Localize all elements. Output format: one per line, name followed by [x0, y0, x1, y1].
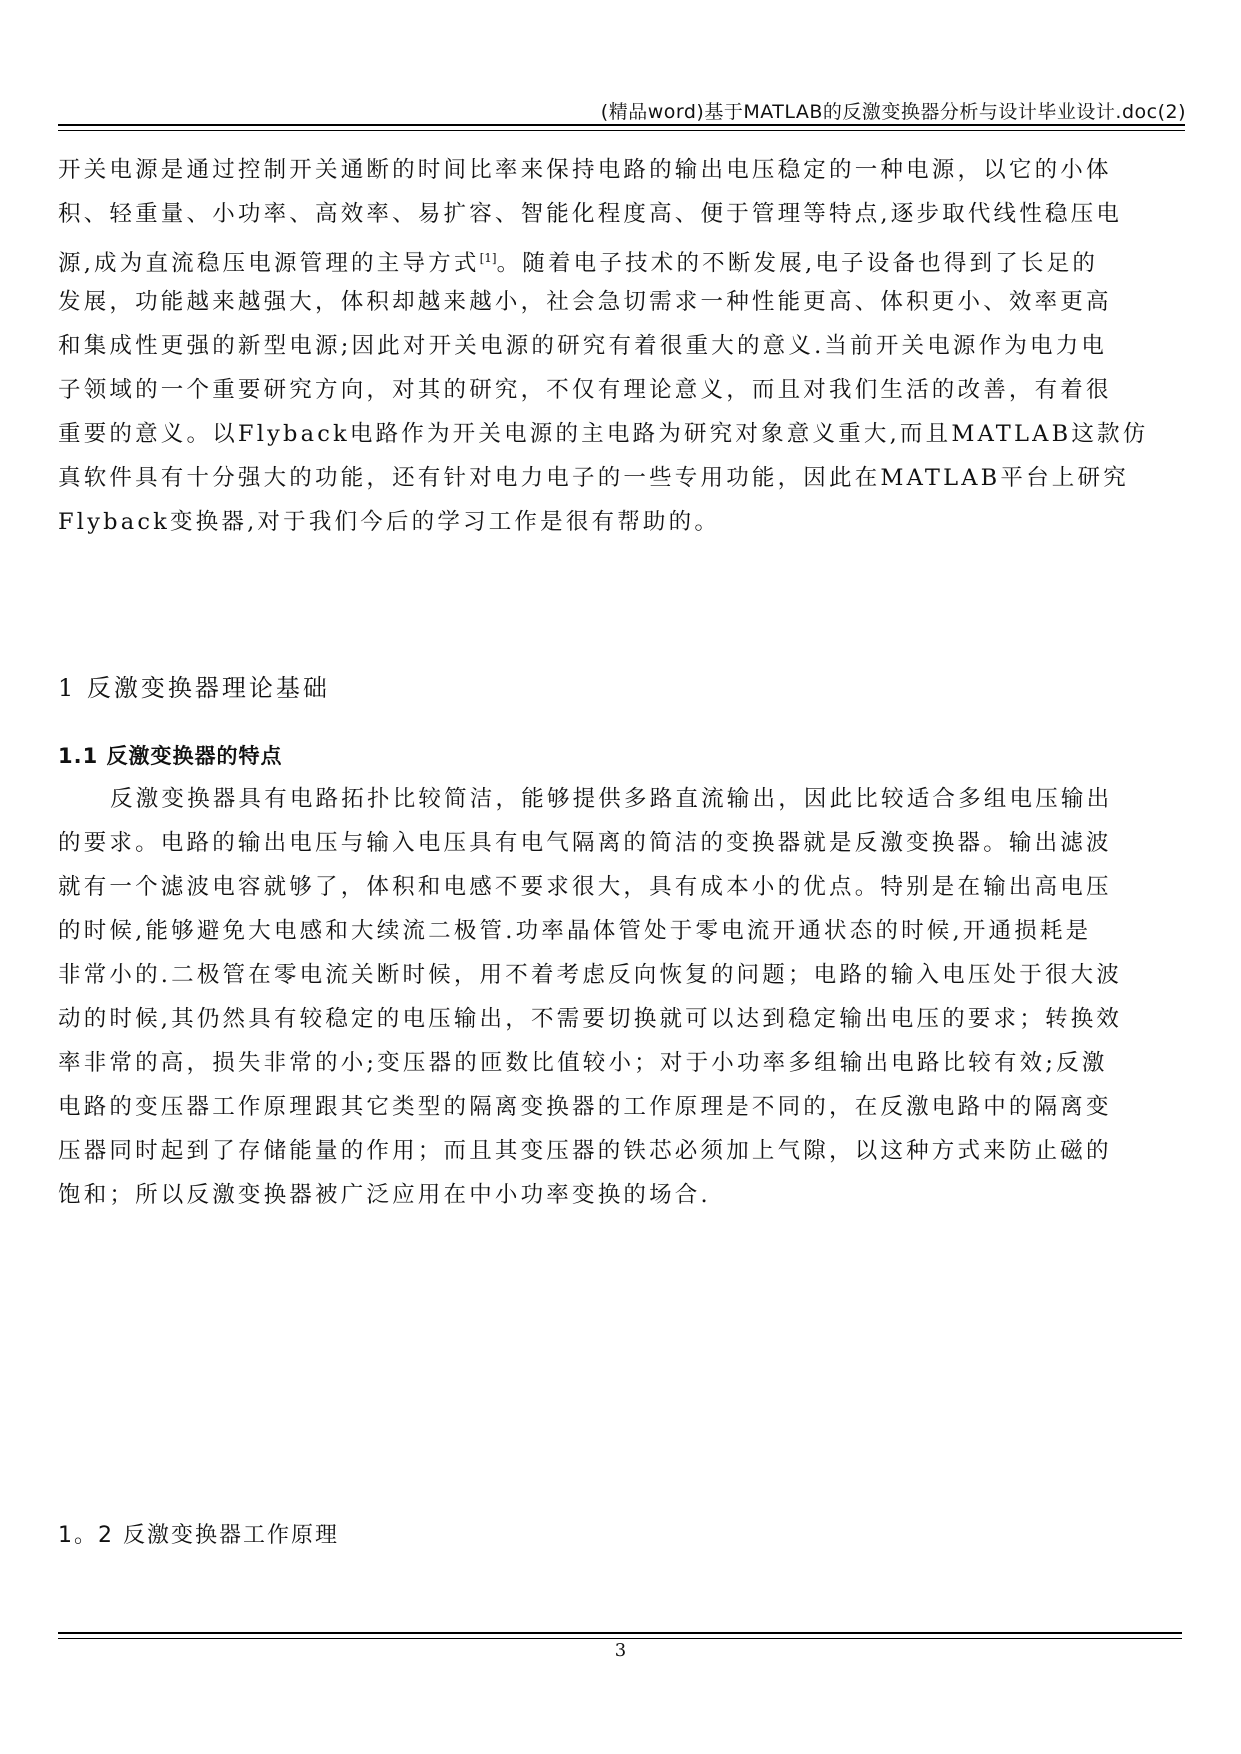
citation-link[interactable]: [1]: [480, 251, 497, 265]
intro-line-6: 子领域的一个重要研究方向，对其的研究，不仅有理论意义，而且对我们生活的改善，有着…: [58, 368, 1186, 412]
footer-divider: [58, 1632, 1182, 1639]
intro-line-1: 开关电源是通过控制开关通断的时间比率来保持电路的输出电压稳定的一种电源，以它的小…: [58, 148, 1186, 192]
sec11-line-6: 动的时候,其仍然具有较稳定的电压输出，不需要切换就可以达到稳定输出电压的要求；转…: [58, 997, 1186, 1041]
sec11-line-8: 电路的变压器工作原理跟其它类型的隔离变换器的工作原理是不同的，在反激电路中的隔离…: [58, 1085, 1186, 1129]
sec11-line-4: 的时候,能够避免大电感和大续流二极管.功率晶体管处于零电流开通状态的时候,开通损…: [58, 909, 1186, 953]
document-header-title: (精品word)基于MATLAB的反激变换器分析与设计毕业设计.doc(2): [601, 97, 1186, 124]
section-1-heading: 1 反激变换器理论基础: [58, 668, 330, 703]
sec11-line-2: 的要求。电路的输出电压与输入电压具有电气隔离的简洁的变换器就是反激变换器。输出滤…: [58, 821, 1186, 865]
section-1-1-paragraph: 反激变换器具有电路拓扑比较简洁，能够提供多路直流输出，因此比较适合多组电压输出 …: [58, 777, 1186, 1217]
section-1-1-heading: 1.1 反激变换器的特点: [58, 740, 283, 770]
sec11-line-10: 饱和；所以反激变换器被广泛应用在中小功率变换的场合.: [58, 1173, 1186, 1217]
sec11-line-9: 压器同时起到了存储能量的作用；而且其变压器的铁芯必须加上气隙，以这种方式来防止磁…: [58, 1129, 1186, 1173]
header-divider: [58, 124, 1185, 131]
intro-paragraph: 开关电源是通过控制开关通断的时间比率来保持电路的输出电压稳定的一种电源，以它的小…: [58, 148, 1186, 544]
sec11-line-7: 率非常的高，损失非常的小;变压器的匝数比值较小；对于小功率多组输出电路比较有效;…: [58, 1041, 1186, 1085]
intro-line-4: 发展，功能越来越强大，体积却越来越小，社会急切需求一种性能更高、体积更小、效率更…: [58, 280, 1186, 324]
intro-line-2: 积、轻重量、小功率、高效率、易扩容、智能化程度高、便于管理等特点,逐步取代线性稳…: [58, 192, 1186, 236]
intro-line-8: 真软件具有十分强大的功能，还有针对电力电子的一些专用功能，因此在MATLAB平台…: [58, 456, 1186, 500]
sec11-line-5: 非常小的.二极管在零电流关断时候，用不着考虑反向恢复的问题；电路的输入电压处于很…: [58, 953, 1186, 997]
page-number: 3: [0, 1640, 1241, 1661]
intro-line-5: 和集成性更强的新型电源;因此对开关电源的研究有着很重大的意义.当前开关电源作为电…: [58, 324, 1186, 368]
intro-line-3: 源,成为直流稳压电源管理的主导方式[1]。随着电子技术的不断发展,电子设备也得到…: [58, 236, 1186, 280]
section-1-2-heading: 1。2 反激变换器工作原理: [58, 1518, 339, 1549]
intro-line-3-text: 源,成为直流稳压电源管理的主导方式: [58, 251, 480, 277]
intro-line-7: 重要的意义。以Flyback电路作为开关电源的主电路为研究对象意义重大,而且MA…: [58, 412, 1186, 456]
intro-line-3-tail: 。随着电子技术的不断发展,电子设备也得到了长足的: [497, 251, 1098, 277]
intro-line-9: Flyback变换器,对于我们今后的学习工作是很有帮助的。: [58, 500, 1186, 544]
sec11-line-1: 反激变换器具有电路拓扑比较简洁，能够提供多路直流输出，因此比较适合多组电压输出: [58, 777, 1186, 821]
sec11-line-3: 就有一个滤波电容就够了，体积和电感不要求很大，具有成本小的优点。特别是在输出高电…: [58, 865, 1186, 909]
